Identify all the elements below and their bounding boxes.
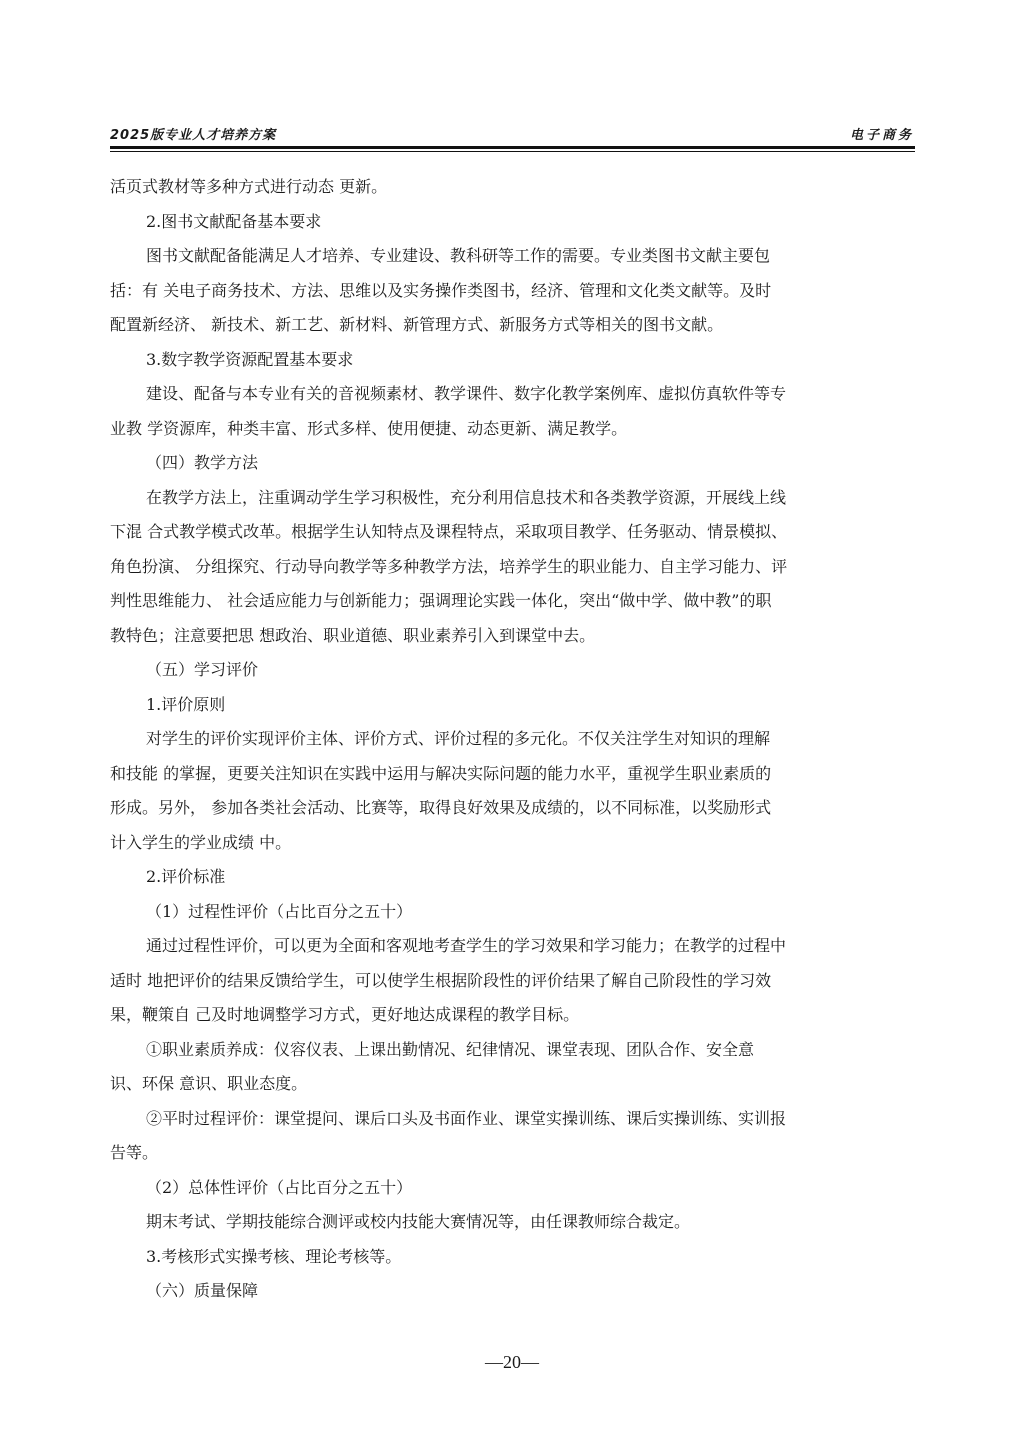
text-line: 告等。 [110, 1136, 914, 1171]
text-line: 2.图书文献配备基本要求 [110, 205, 914, 240]
text-line: 活页式教材等多种方式进行动态 更新。 [110, 170, 914, 205]
text-line: 2.评价标准 [110, 860, 914, 895]
page-body: 活页式教材等多种方式进行动态 更新。2.图书文献配备基本要求图书文献配备能满足人… [110, 170, 914, 1309]
text-line: 通过过程性评价，可以更为全面和客观地考查学生的学习效果和学习能力；在教学的过程中 [110, 929, 914, 964]
text-line: 下混 合式教学模式改革。根据学生认知特点及课程特点，采取项目教学、任务驱动、情景… [110, 515, 914, 550]
text-line: 1.评价原则 [110, 688, 914, 723]
header-document-title: 2025版专业人才培养方案 [110, 124, 276, 143]
text-line: 3.考核形式实操考核、理论考核等。 [110, 1240, 914, 1275]
text-line: 括：有 关电子商务技术、方法、思维以及实务操作类图书，经济、管理和文化类文献等。… [110, 274, 914, 309]
text-line: 识、环保 意识、职业态度。 [110, 1067, 914, 1102]
text-line: 适时 地把评价的结果反馈给学生，可以使学生根据阶段性的评价结果了解自己阶段性的学… [110, 964, 914, 999]
text-line: （五）学习评价 [110, 653, 914, 688]
text-line: 配置新经济、 新技术、新工艺、新材料、新管理方式、新服务方式等相关的图书文献。 [110, 308, 914, 343]
page-number: —20— [0, 1352, 1024, 1373]
text-line: 建设、配备与本专业有关的音视频素材、教学课件、数字化教学案例库、虚拟仿真软件等专 [110, 377, 914, 412]
text-line: （四）教学方法 [110, 446, 914, 481]
text-line: 3.数字教学资源配置基本要求 [110, 343, 914, 378]
header-rule-thin [110, 151, 915, 152]
text-line: 业教 学资源库，种类丰富、形式多样、使用便捷、动态更新、满足教学。 [110, 412, 914, 447]
text-line: 期末考试、学期技能综合测评或校内技能大赛情况等，由任课教师综合裁定。 [110, 1205, 914, 1240]
text-line: 对学生的评价实现评价主体、评价方式、评价过程的多元化。不仅关注学生对知识的理解 [110, 722, 914, 757]
text-line: ②平时过程评价：课堂提问、课后口头及书面作业、课堂实操训练、课后实操训练、实训报 [110, 1102, 914, 1137]
text-line: 计入学生的学业成绩 中。 [110, 826, 914, 861]
text-line: （2）总体性评价（占比百分之五十） [110, 1171, 914, 1206]
header-major-name: 电子商务 [850, 124, 914, 143]
text-line: （六）质量保障 [110, 1274, 914, 1309]
text-line: 和技能 的掌握，更要关注知识在实践中运用与解决实际问题的能力水平，重视学生职业素… [110, 757, 914, 792]
text-line: 判性思维能力、 社会适应能力与创新能力；强调理论实践一体化，突出“做中学、做中教… [110, 584, 914, 619]
text-line: （1）过程性评价（占比百分之五十） [110, 895, 914, 930]
text-line: 教特色；注意要把思 想政治、职业道德、职业素养引入到课堂中去。 [110, 619, 914, 654]
text-line: 形成。另外， 参加各类社会活动、比赛等，取得良好效果及成绩的，以不同标准，以奖励… [110, 791, 914, 826]
text-line: ①职业素质养成：仪容仪表、上课出勤情况、纪律情况、课堂表现、团队合作、安全意 [110, 1033, 914, 1068]
text-line: 在教学方法上，注重调动学生学习积极性，充分利用信息技术和各类教学资源，开展线上线 [110, 481, 914, 516]
running-header: 2025版专业人才培养方案 电子商务 [110, 124, 914, 144]
text-line: 角色扮演、 分组探究、行动导向教学等多种教学方法，培养学生的职业能力、自主学习能… [110, 550, 914, 585]
header-rule-thick [110, 146, 915, 149]
text-line: 果，鞭策自 己及时地调整学习方式，更好地达成课程的教学目标。 [110, 998, 914, 1033]
text-line: 图书文献配备能满足人才培养、专业建设、教科研等工作的需要。专业类图书文献主要包 [110, 239, 914, 274]
